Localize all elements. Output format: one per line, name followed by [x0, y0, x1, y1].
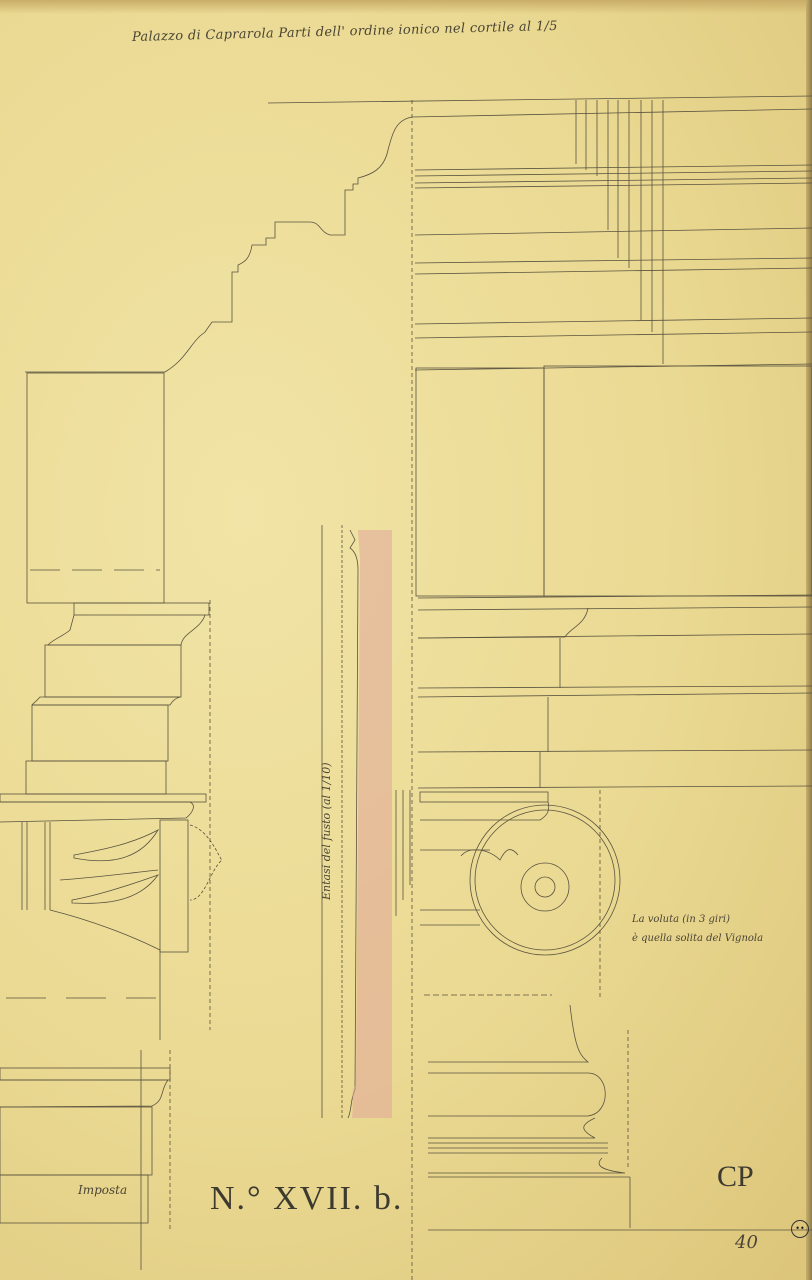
architectural-drawing	[0, 0, 812, 1280]
plate-number: N.° XVII. b.	[210, 1180, 403, 1218]
volute-note: La voluta (in 3 giri) è quella solita de…	[632, 910, 763, 948]
volute-note-line-2: è quella solita del Vignola	[632, 929, 763, 948]
drawing-sheet: Palazzo di Caprarola Parti dell' ordine …	[0, 0, 812, 1280]
volute-note-line-1: La voluta (in 3 giri)	[632, 910, 763, 929]
entasis-label: Entasi del fusto (al 1/10)	[320, 762, 333, 900]
stamp-icon: ••	[791, 1220, 809, 1238]
impost-label: Imposta	[78, 1183, 127, 1197]
monogram-logo: CP	[717, 1160, 754, 1194]
sheet-number: 40	[735, 1232, 758, 1253]
